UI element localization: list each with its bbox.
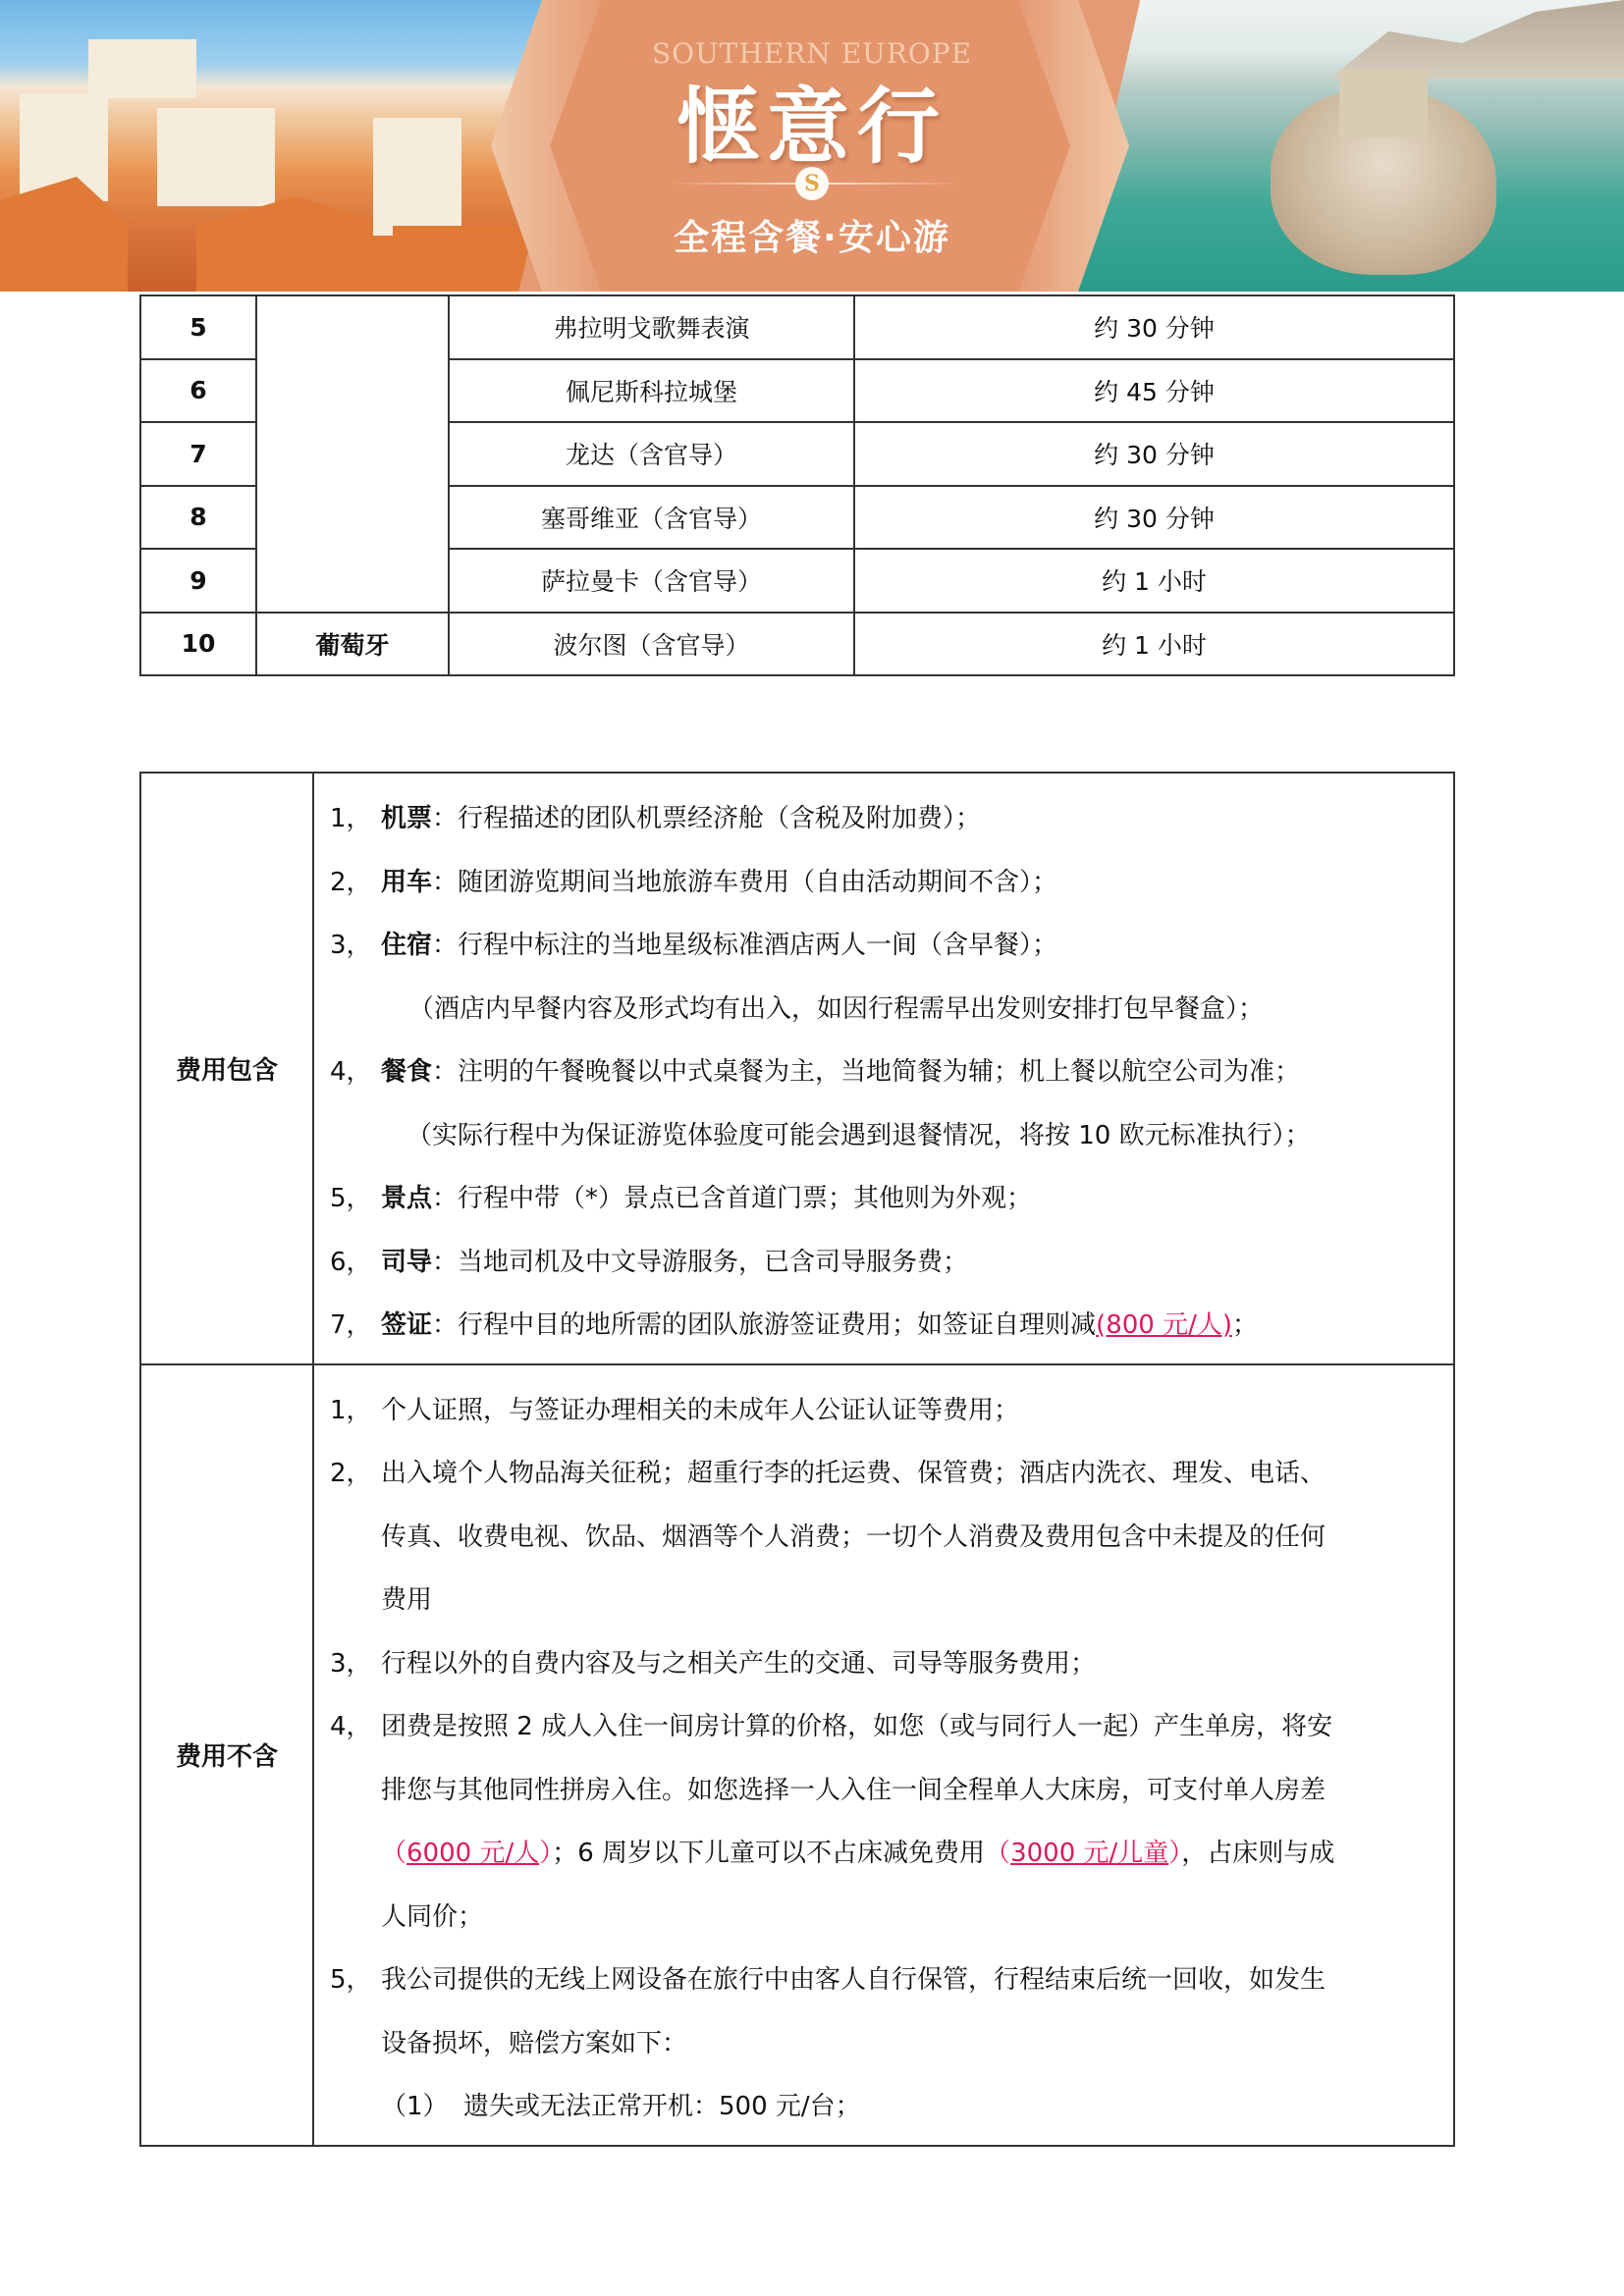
country-cell-spain-merged xyxy=(256,295,449,613)
fees-included-row: 费用包含 1， 机票：行程描述的团队机票经济舱（含税及附加费）； 2， 用车：随… xyxy=(140,773,1454,1364)
list-item: 1， 个人证照，与签证办理相关的未成年人公证认证等费用； xyxy=(330,1379,1437,1443)
fees-excluded-row: 费用不含 1， 个人证照，与签证办理相关的未成年人公证认证等费用； 2， 出入境… xyxy=(140,1364,1454,2146)
banner-slogan: 全程含餐·安心游 xyxy=(0,210,1624,260)
list-item: 2， 用车：随团游览期间当地旅游车费用（自由活动期间不含）； xyxy=(330,851,1437,915)
fees-table: 费用包含 1， 机票：行程描述的团队机票经济舱（含税及附加费）； 2， 用车：随… xyxy=(139,772,1455,2147)
list-item: 2， 出入境个人物品海关征税；超重行李的托运费、保管费；酒店内洗衣、理发、电话、 xyxy=(330,1442,1437,1506)
duration: 约 1 小时 xyxy=(854,549,1454,613)
list-item-continuation: （6000 元/人）；6 周岁以下儿童可以不占床减免费用（3000 元/儿童），… xyxy=(330,1822,1437,1886)
list-item: 4， 团费是按照 2 成人入住一间房计算的价格，如您（或与同行人一起）产生单房，… xyxy=(330,1695,1437,1759)
duration: 约 30 分钟 xyxy=(854,486,1454,550)
banner-title: 惬意行 xyxy=(0,61,1624,180)
list-item: 1， 机票：行程描述的团队机票经济舱（含税及附加费）； xyxy=(330,787,1437,851)
fees-included-label: 费用包含 xyxy=(140,773,313,1364)
list-item-continuation: 费用 xyxy=(330,1569,1437,1632)
fees-excluded-label: 费用不含 xyxy=(140,1364,313,2146)
list-item: 6， 司导：当地司机及中文导游服务，已含司导服务费； xyxy=(330,1231,1437,1295)
list-item: 3， 住宿：行程中标注的当地星级标准酒店两人一间（含早餐）； xyxy=(330,914,1437,978)
list-item-note: （实际行程中为保证游览体验度可能会遇到退餐情况，将按 10 欧元标准执行）； xyxy=(330,1104,1437,1168)
header-banner: SOUTHERN EUROPE 惬意行 S 全程含餐·安心游 xyxy=(0,0,1624,292)
brand-logo-icon: S xyxy=(795,167,829,200)
list-item-continuation: 传真、收费电视、饮品、烟酒等个人消费；一切个人消费及费用包含中未提及的任何 xyxy=(330,1506,1437,1570)
site-name: 塞哥维亚（含官导） xyxy=(449,486,854,550)
site-name: 佩尼斯科拉城堡 xyxy=(449,359,854,423)
single-room-supplement: 6000 元/人 xyxy=(406,1839,539,1868)
site-name: 萨拉曼卡（含官导） xyxy=(449,549,854,613)
list-item: 4， 餐食：注明的午餐晚餐以中式桌餐为主，当地简餐为辅；机上餐以航空公司为准； xyxy=(330,1041,1437,1104)
list-item-note: （酒店内早餐内容及形式均有出入，如因行程需早出发则安排打包早餐盒）； xyxy=(330,978,1437,1041)
row-number: 5 xyxy=(140,295,256,359)
row-number: 8 xyxy=(140,486,256,550)
list-item: 7， 签证：行程中目的地所需的团队旅游签证费用；如签证自理则减(800 元/人)… xyxy=(330,1294,1437,1358)
site-name: 龙达（含官导） xyxy=(449,422,854,486)
duration: 约 30 分钟 xyxy=(854,295,1454,359)
row-number: 6 xyxy=(140,359,256,423)
table-row: 5 弗拉明戈歌舞表演 约 30 分钟 xyxy=(140,295,1454,359)
list-item: 3， 行程以外的自费内容及与之相关产生的交通、司导等服务费用； xyxy=(330,1632,1437,1696)
duration: 约 45 分钟 xyxy=(854,359,1454,423)
list-item-continuation: 人同价； xyxy=(330,1886,1437,1949)
fees-excluded-content: 1， 个人证照，与签证办理相关的未成年人公证认证等费用； 2， 出入境个人物品海… xyxy=(313,1364,1454,2146)
list-item-continuation: 排您与其他同性拼房入住。如您选择一人入住一间全程单人大床房，可支付单人房差 xyxy=(330,1759,1437,1823)
row-number: 7 xyxy=(140,422,256,486)
list-item: 5， 景点：行程中带（*）景点已含首道门票；其他则为外观； xyxy=(330,1167,1437,1231)
duration: 约 1 小时 xyxy=(854,613,1454,676)
attractions-table: 5 弗拉明戈歌舞表演 约 30 分钟 6 佩尼斯科拉城堡 约 45 分钟 7 龙… xyxy=(139,294,1455,676)
table-row: 10 葡萄牙 波尔图（含官导） 约 1 小时 xyxy=(140,613,1454,676)
site-name: 弗拉明戈歌舞表演 xyxy=(449,295,854,359)
sub-item: （1）遗失或无法正常开机：500 元/台； xyxy=(330,2075,1437,2139)
list-item-continuation: 设备损坏，赔偿方案如下： xyxy=(330,2012,1437,2076)
list-item: 5， 我公司提供的无线上网设备在旅行中由客人自行保管，行程结束后统一回收，如发生 xyxy=(330,1949,1437,2012)
row-number: 10 xyxy=(140,613,256,676)
visa-refund-amount: (800 元/人) xyxy=(1096,1310,1232,1340)
duration: 约 30 分钟 xyxy=(854,422,1454,486)
child-no-bed-discount: 3000 元/儿童 xyxy=(1010,1839,1168,1868)
row-number: 9 xyxy=(140,549,256,613)
country-cell: 葡萄牙 xyxy=(256,613,449,676)
fees-included-content: 1， 机票：行程描述的团队机票经济舱（含税及附加费）； 2， 用车：随团游览期间… xyxy=(313,773,1454,1364)
site-name: 波尔图（含官导） xyxy=(449,613,854,676)
